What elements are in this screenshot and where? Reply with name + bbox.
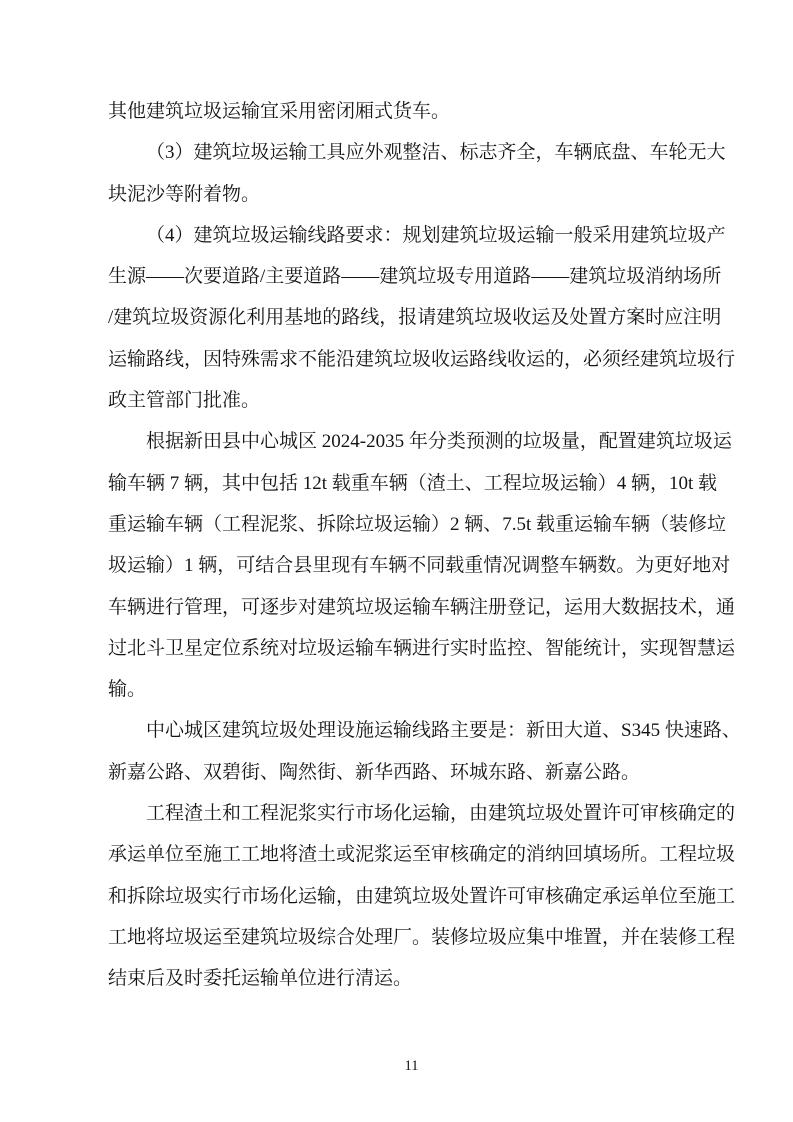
text-line: 圾运输）1 辆，可结合县里现有车辆不同载重情况调整车辆数。为更好地对 [108,545,715,586]
text-line: 车辆进行管理，可逐步对建筑垃圾运输车辆注册登记，运用大数据技术，通 [108,587,715,628]
text-line: 新嘉公路、双碧街、陶然街、新华西路、环城东路、新嘉公路。 [108,752,715,793]
text-line: 运输路线，因特殊需求不能沿建筑垃圾收运路线收运的，必须经建筑垃圾行 [108,339,715,380]
text-line: （4）建筑垃圾运输线路要求：规划建筑垃圾运输一般采用建筑垃圾产 [108,215,715,256]
text-line: 和拆除垃圾实行市场化运输，由建筑垃圾处置许可审核确定承运单位至施工 [108,876,715,917]
text-line: 生源——次要道路/主要道路——建筑垃圾专用道路——建筑垃圾消纳场所 [108,256,715,297]
page-number: 11 [405,1058,419,1074]
text-line: 政主管部门批准。 [108,380,715,421]
text-line: （3）建筑垃圾运输工具应外观整洁、标志齐全，车辆底盘、车轮无大 [108,132,715,173]
text-line: 过北斗卫星定位系统对垃圾运输车辆进行实时监控、智能统计，实现智慧运 [108,628,715,669]
text-line: 根据新田县中心城区 2024-2035 年分类预测的垃圾量，配置建筑垃圾运 [108,421,715,462]
text-line: 工地将垃圾运至建筑垃圾综合处理厂。装修垃圾应集中堆置，并在装修工程 [108,917,715,958]
text-line: 块泥沙等附着物。 [108,174,715,215]
text-line: 其他建筑垃圾运输宜采用密闭厢式货车。 [108,91,715,132]
text-line: 输车辆 7 辆，其中包括 12t 载重车辆（渣土、工程垃圾运输）4 辆，10t … [108,463,715,504]
text-line: 结束后及时委托运输单位进行清运。 [108,958,715,999]
text-line: 重运输车辆（工程泥浆、拆除垃圾运输）2 辆、7.5t 载重运输车辆（装修垃 [108,504,715,545]
text-line: 中心城区建筑垃圾处理设施运输线路主要是：新田大道、S345 快速路、 [108,710,715,751]
text-line: 工程渣土和工程泥浆实行市场化运输，由建筑垃圾处置许可审核确定的 [108,793,715,834]
text-column: 其他建筑垃圾运输宜采用密闭厢式货车。（3）建筑垃圾运输工具应外观整洁、标志齐全，… [108,91,715,1000]
text-line: /建筑垃圾资源化利用基地的路线，报请建筑垃圾收运及处置方案时应注明 [108,297,715,338]
text-line: 输。 [108,669,715,710]
page-number-footer: 11 [108,1056,715,1076]
document-page: 其他建筑垃圾运输宜采用密闭厢式货车。（3）建筑垃圾运输工具应外观整洁、标志齐全，… [0,0,793,1122]
text-line: 承运单位至施工工地将渣土或泥浆运至审核确定的消纳回填场所。工程垃圾 [108,834,715,875]
